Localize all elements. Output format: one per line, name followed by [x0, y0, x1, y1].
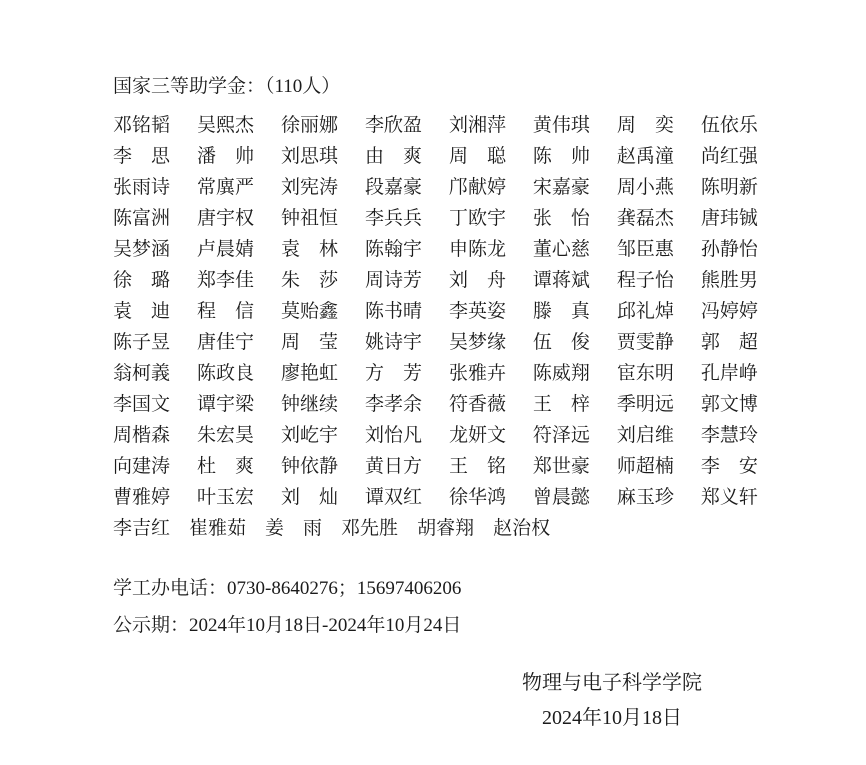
student-name: 卢晨婧: [197, 234, 254, 265]
publicity-period-line: 公示期：2024年10月18日-2024年10月24日: [113, 607, 758, 644]
student-name: 王 铭: [449, 451, 506, 482]
name-row: 翁柯義陈政良廖艳虹方 芳张雅卉陈威翔宦东明孔岸峥: [113, 358, 758, 389]
student-name: 朱宏昊: [197, 420, 254, 451]
student-name: 谭蒋斌: [533, 265, 590, 296]
name-row: 向建涛杜 爽钟依静黄日方王 铭郑世豪师超楠李 安: [113, 451, 758, 482]
student-name: 李慧玲: [701, 420, 758, 451]
student-name: 李吉红: [113, 513, 170, 544]
student-name-list: 邓铭韬吴熙杰徐丽娜李欣盈刘湘萍黄伟琪周 奕伍依乐李 思潘 帅刘思琪由 爽周 聪陈…: [113, 110, 758, 544]
student-name: 李孝余: [365, 389, 422, 420]
student-name: 黄伟琪: [533, 110, 590, 141]
student-name: 刘湘萍: [449, 110, 506, 141]
footer-info: 学工办电话：0730-8640276；15697406206 公示期：2024年…: [113, 570, 758, 644]
student-name: 袁 迪: [113, 296, 170, 327]
student-name: 宦东明: [617, 358, 674, 389]
student-name: 翁柯義: [113, 358, 170, 389]
student-name: 姜 雨: [265, 513, 322, 544]
signature-organization: 物理与电子科学学院: [522, 666, 702, 701]
student-name: 陈 帅: [533, 141, 590, 172]
student-name: 邓铭韬: [113, 110, 170, 141]
student-name: 谭宇梁: [197, 389, 254, 420]
student-name: 符香薇: [449, 389, 506, 420]
student-name: 郑义轩: [701, 482, 758, 513]
student-name: 刘 灿: [281, 482, 338, 513]
student-name: 季明远: [617, 389, 674, 420]
student-name: 周 聪: [449, 141, 506, 172]
student-name: 曹雅婷: [113, 482, 170, 513]
student-name: 刘思琪: [281, 141, 338, 172]
student-name: 孙静怡: [701, 234, 758, 265]
student-name: 谭双红: [365, 482, 422, 513]
student-name: 李英姿: [449, 296, 506, 327]
name-row: 袁 迪程 信莫贻鑫陈书晴李英姿滕 真邱礼焯冯婷婷: [113, 296, 758, 327]
student-name: 董心慈: [533, 234, 590, 265]
student-name: 姚诗宇: [365, 327, 422, 358]
student-name: 唐宇权: [197, 203, 254, 234]
student-name: 熊胜男: [701, 265, 758, 296]
student-name: 周楷森: [113, 420, 170, 451]
student-name: 向建涛: [113, 451, 170, 482]
student-name: 李 思: [113, 141, 170, 172]
student-name: 叶玉宏: [197, 482, 254, 513]
student-name: 邱礼焯: [617, 296, 674, 327]
student-name: 陈子昱: [113, 327, 170, 358]
name-row: 李吉红崔雅茹姜 雨邓先胜胡睿翔赵治权: [113, 513, 758, 544]
student-name: 陈富洲: [113, 203, 170, 234]
student-name: 周诗芳: [365, 265, 422, 296]
student-name: 陈政良: [197, 358, 254, 389]
student-name: 龚磊杰: [617, 203, 674, 234]
student-name: 潘 帅: [197, 141, 254, 172]
student-name: 黄日方: [365, 451, 422, 482]
student-name: 吴梦缘: [449, 327, 506, 358]
name-row: 张雨诗常廙严刘宪涛段嘉豪邝献婷宋嘉豪周小燕陈明新: [113, 172, 758, 203]
student-name: 周 莹: [281, 327, 338, 358]
student-name: 刘 舟: [449, 265, 506, 296]
student-name: 贾雯静: [617, 327, 674, 358]
student-name: 杜 爽: [197, 451, 254, 482]
student-name: 钟继续: [281, 389, 338, 420]
student-name: 崔雅茹: [189, 513, 246, 544]
page-title: 国家三等助学金：（110人）: [113, 72, 758, 102]
student-name: 王 梓: [533, 389, 590, 420]
student-name: 孔岸峥: [701, 358, 758, 389]
name-row: 陈富洲唐宇权钟祖恒李兵兵丁欧宇张 怡龚磊杰唐玮铖: [113, 203, 758, 234]
student-name: 符泽远: [533, 420, 590, 451]
name-row: 李 思潘 帅刘思琪由 爽周 聪陈 帅赵禹潼尚红强: [113, 141, 758, 172]
student-name: 冯婷婷: [701, 296, 758, 327]
student-name: 钟依静: [281, 451, 338, 482]
student-name: 方 芳: [365, 358, 422, 389]
student-name: 陈翰宇: [365, 234, 422, 265]
student-name: 陈书晴: [365, 296, 422, 327]
student-name: 刘宪涛: [281, 172, 338, 203]
student-name: 刘怡凡: [365, 420, 422, 451]
student-name: 丁欧宇: [449, 203, 506, 234]
student-name: 徐丽娜: [281, 110, 338, 141]
student-name: 由 爽: [365, 141, 422, 172]
student-name: 吴熙杰: [197, 110, 254, 141]
student-name: 廖艳虹: [281, 358, 338, 389]
student-name: 周小燕: [617, 172, 674, 203]
student-name: 郑李佳: [197, 265, 254, 296]
student-name: 邹臣惠: [617, 234, 674, 265]
student-name: 李国文: [113, 389, 170, 420]
student-name: 赵禹潼: [617, 141, 674, 172]
student-name: 曾晨懿: [533, 482, 590, 513]
student-name: 邓先胜: [341, 513, 398, 544]
student-name: 滕 真: [533, 296, 590, 327]
student-name: 张雨诗: [113, 172, 170, 203]
student-name: 吴梦涵: [113, 234, 170, 265]
student-name: 常廙严: [197, 172, 254, 203]
student-name: 胡睿翔: [417, 513, 474, 544]
contact-phone-line: 学工办电话：0730-8640276；15697406206: [113, 570, 758, 607]
student-name: 钟祖恒: [281, 203, 338, 234]
student-name: 张雅卉: [449, 358, 506, 389]
name-row: 邓铭韬吴熙杰徐丽娜李欣盈刘湘萍黄伟琪周 奕伍依乐: [113, 110, 758, 141]
student-name: 郭文博: [701, 389, 758, 420]
student-name: 陈威翔: [533, 358, 590, 389]
student-name: 郑世豪: [533, 451, 590, 482]
student-name: 师超楠: [617, 451, 674, 482]
student-name: 袁 林: [281, 234, 338, 265]
student-name: 赵治权: [493, 513, 550, 544]
student-name: 程 信: [197, 296, 254, 327]
signature-block: 物理与电子科学学院 2024年10月18日: [522, 666, 702, 736]
student-name: 唐玮铖: [701, 203, 758, 234]
student-name: 伍 俊: [533, 327, 590, 358]
student-name: 唐佳宁: [197, 327, 254, 358]
name-row: 吴梦涵卢晨婧袁 林陈翰宇申陈龙董心慈邹臣惠孙静怡: [113, 234, 758, 265]
student-name: 周 奕: [617, 110, 674, 141]
student-name: 伍依乐: [701, 110, 758, 141]
student-name: 徐 璐: [113, 265, 170, 296]
student-name: 李欣盈: [365, 110, 422, 141]
student-name: 宋嘉豪: [533, 172, 590, 203]
name-row: 陈子昱唐佳宁周 莹姚诗宇吴梦缘伍 俊贾雯静郭 超: [113, 327, 758, 358]
student-name: 段嘉豪: [365, 172, 422, 203]
student-name: 申陈龙: [449, 234, 506, 265]
name-row: 徐 璐郑李佳朱 莎周诗芳刘 舟谭蒋斌程子怡熊胜男: [113, 265, 758, 296]
student-name: 李 安: [701, 451, 758, 482]
name-row: 曹雅婷叶玉宏刘 灿谭双红徐华鸿曾晨懿麻玉珍郑义轩: [113, 482, 758, 513]
signature-date: 2024年10月18日: [522, 701, 702, 736]
student-name: 莫贻鑫: [281, 296, 338, 327]
student-name: 陈明新: [701, 172, 758, 203]
announcement-page: 国家三等助学金：（110人） 邓铭韬吴熙杰徐丽娜李欣盈刘湘萍黄伟琪周 奕伍依乐李…: [0, 0, 866, 765]
student-name: 张 怡: [533, 203, 590, 234]
student-name: 程子怡: [617, 265, 674, 296]
name-row: 李国文谭宇梁钟继续李孝余符香薇王 梓季明远郭文博: [113, 389, 758, 420]
student-name: 郭 超: [701, 327, 758, 358]
student-name: 刘屹宇: [281, 420, 338, 451]
student-name: 尚红强: [701, 141, 758, 172]
student-name: 龙妍文: [449, 420, 506, 451]
student-name: 刘启维: [617, 420, 674, 451]
name-row: 周楷森朱宏昊刘屹宇刘怡凡龙妍文符泽远刘启维李慧玲: [113, 420, 758, 451]
student-name: 朱 莎: [281, 265, 338, 296]
student-name: 麻玉珍: [617, 482, 674, 513]
student-name: 李兵兵: [365, 203, 422, 234]
student-name: 徐华鸿: [449, 482, 506, 513]
student-name: 邝献婷: [449, 172, 506, 203]
